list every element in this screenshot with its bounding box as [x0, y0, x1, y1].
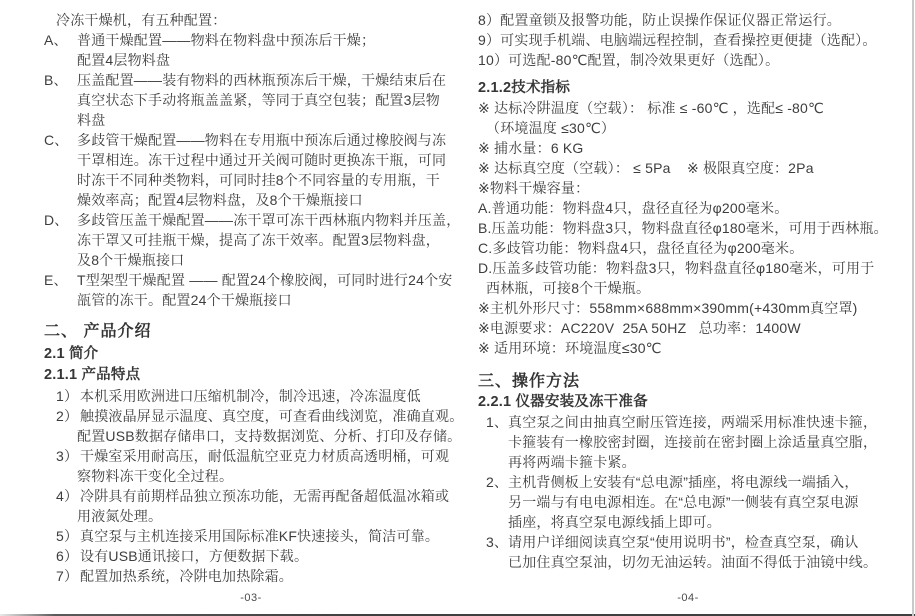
text-line: 及8个干燥瓶接口	[44, 250, 468, 270]
list-label: 2）	[56, 406, 80, 426]
line-text: 压盖配置——装有物料的西林瓶预冻后干燥，干燥结束后在	[77, 72, 446, 88]
line-text: 本机采用欧洲进口压缩机制冷，制冷迅速，冷冻温度低	[80, 388, 421, 404]
text-line: ※主机外形尺寸：558mm×688mm×390mm(+430mm真空罩)	[478, 298, 912, 318]
section-heading: 2.2.1 仪器安装及冻干准备	[478, 392, 912, 412]
text-line: 配置USB数据存储串口，支持数据浏览、分析、打印及存储。	[44, 426, 468, 446]
text-line: 1）本机采用欧洲进口压缩机制冷，制冷迅速，冷冻温度低	[44, 386, 468, 406]
text-line: 2、主机背侧板上安装有“总电源”插座，将电源线一端插入，	[478, 472, 912, 492]
text-line: 时冻干不同种类物料，可同时挂8个不同容量的专用瓶，干	[44, 170, 468, 190]
text-line: B.压盖功能：物料盘3只，物料盘直径φ180毫米，可用于西林瓶。	[478, 218, 912, 238]
text-line: 真空状态下手动将瓶盖盖紧，等同于真空包装；配置3层物	[44, 90, 468, 110]
page-left-column: 冷冻干燥机，有五种配置：A、普通干燥配置——物料在物料盘中预冻后干燥；配置4层物…	[44, 0, 468, 586]
text-line: 4）冷阱具有前期样品独立预冻功能，无需再配备超低温冰箱或	[44, 486, 468, 506]
section-heading: 二、 产品介绍	[44, 320, 468, 344]
list-label: 2、	[486, 472, 508, 492]
text-line: B、压盖配置——装有物料的西林瓶预冻后干燥，干燥结束后在	[44, 70, 468, 90]
text-line: 料盘	[44, 110, 468, 130]
text-line: 3）干燥室采用耐高压，耐低温航空亚克力材质高透明桶，可观	[44, 446, 468, 466]
text-line: 西林瓶，可接8个干燥瓶。	[478, 278, 912, 298]
text-line: 卡箍装有一橡胶密封圈，连接前在密封圈上涂适量真空脂，	[478, 432, 912, 452]
list-label: 6）	[56, 546, 80, 566]
text-line: 燥效率高；配置4层物料盘，及8个干燥瓶接口	[44, 190, 468, 210]
list-label: 1、	[486, 412, 508, 432]
text-line: 另一端与有电电源相连。在“总电源”一侧装有真空泵电源	[478, 492, 912, 512]
line-text: 多歧管压盖干燥配置——冻干罩可冻干西林瓶内物料并压盖，	[77, 212, 460, 228]
list-label: 3）	[56, 446, 80, 466]
text-line: A.普通功能：物料盘4只，盘径直径为φ200毫米。	[478, 198, 912, 218]
list-label: E、	[44, 270, 77, 290]
text-line: 8）配置童锁及报警功能，防止误操作保证仪器正常运行。	[478, 10, 912, 30]
section-heading: 三、操作方法	[478, 372, 912, 392]
list-label: B、	[44, 70, 77, 90]
line-text: 真空泵与主机连接采用国际标准KF快速接头，简洁可靠。	[80, 528, 439, 544]
text-line: 干罩相连。冻干过程中通过开关阀可随时更换冻干瓶，可同	[44, 150, 468, 170]
line-text: 冷阱具有前期样品独立预冻功能，无需再配备超低温冰箱或	[80, 488, 449, 504]
line-text: 配置加热系统，冷阱电加热除霜。	[80, 568, 293, 584]
text-line: 10）可选配-80℃配置，制冷效果更好（选配）。	[478, 50, 912, 70]
text-line: 察物料冻干变化全过程。	[44, 466, 468, 486]
text-line: 6）设有USB通讯接口，方便数据下载。	[44, 546, 468, 566]
page-right-column: 8）配置童锁及报警功能，防止误操作保证仪器正常运行。9）可实现手机端、电脑端远程…	[478, 0, 912, 572]
text-line: 1、真空泵之间由抽真空耐压管连接，两端采用标准快速卡箍，	[478, 412, 912, 432]
text-line: 5）真空泵与主机连接采用国际标准KF快速接头，简洁可靠。	[44, 526, 468, 546]
manual-page-spread: { "document": { "background": "#ffffff",…	[0, 0, 915, 616]
text-line: 冻干罩又可挂瓶干燥，提高了冻干效率。配置3层物料盘，	[44, 230, 468, 250]
section-heading: 2.1.2技术指标	[478, 78, 912, 98]
list-label: A、	[44, 30, 77, 50]
list-label: 3、	[486, 532, 508, 552]
text-line: ※ 达标冷阱温度（空载）： 标准 ≤ -60℃ ，选配≤ -80℃	[478, 98, 912, 118]
text-line: ※物料干燥容量：	[478, 178, 912, 198]
text-line: E、T型架型干燥配置 —— 配置24个橡胶阀，可同时进行24个安	[44, 270, 468, 290]
page-number-right: -04-	[478, 592, 898, 604]
text-line: 7）配置加热系统，冷阱电加热除霜。	[44, 566, 468, 586]
text-line: （环境温度 ≤30℃）	[478, 118, 912, 138]
line-text: 真空泵之间由抽真空耐压管连接，两端采用标准快速卡箍，	[508, 414, 877, 430]
text-line: ※ 适用环境：环境温度≤30℃	[478, 338, 912, 358]
line-text: 主机背侧板上安装有“总电源”插座，将电源线一端插入，	[508, 474, 859, 490]
page-number-left: -03-	[44, 592, 458, 604]
text-line: 再将两端卡箍卡紧。	[478, 452, 912, 472]
text-line: C、多歧管干燥配置——物料在专用瓶中预冻后通过橡胶阀与冻	[44, 130, 468, 150]
list-label: 7）	[56, 566, 80, 586]
list-label: D、	[44, 210, 77, 230]
text-line: ※ 捕水量：6 KG	[478, 138, 912, 158]
line-text: 干燥室采用耐高压，耐低温航空亚克力材质高透明桶，可观	[80, 448, 449, 464]
text-line: 2）触摸液晶屏显示温度、真空度，可查看曲线浏览，准确直观。	[44, 406, 468, 426]
text-line: D、多歧管压盖干燥配置——冻干罩可冻干西林瓶内物料并压盖，	[44, 210, 468, 230]
section-heading: 2.1 简介	[44, 344, 468, 365]
line-text: 触摸液晶屏显示温度、真空度，可查看曲线浏览，准确直观。	[80, 408, 463, 424]
list-label: 5）	[56, 526, 80, 546]
line-text: 设有USB通讯接口，方便数据下载。	[80, 548, 308, 564]
text-line: 冷冻干燥机，有五种配置：	[44, 10, 468, 30]
text-line: 插座，将真空泵电源线插上即可。	[478, 512, 912, 532]
text-line: 已加住真空泵油，切勿无油运转。油面不得低于油镜中线。	[478, 552, 912, 572]
list-label: C、	[44, 130, 77, 150]
text-line: 用液氮处理。	[44, 506, 468, 526]
line-text: T型架型干燥配置 —— 配置24个橡胶阀，可同时进行24个安	[77, 272, 452, 288]
line-text: 多歧管干燥配置——物料在专用瓶中预冻后通过橡胶阀与冻	[77, 132, 446, 148]
section-heading: 2.1.1 产品特点	[44, 365, 468, 386]
line-text: 请用户详细阅读真空泵“使用说明书”，检查真空泵，确认	[508, 534, 859, 550]
text-line: A、普通干燥配置——物料在物料盘中预冻后干燥；	[44, 30, 468, 50]
scan-right-edge-line	[912, 0, 914, 616]
text-line: 配置4层物料盘	[44, 50, 468, 70]
text-line: D.压盖多歧管功能：物料盘3只，物料盘直径φ180毫米，可用于	[478, 258, 912, 278]
list-label: 1）	[56, 386, 80, 406]
line-text: 普通干燥配置——物料在物料盘中预冻后干燥；	[77, 32, 375, 48]
text-line: C.多歧管功能：物料盘4只，盘径直径为φ200毫米。	[478, 238, 912, 258]
text-line: 3、请用户详细阅读真空泵“使用说明书”，检查真空泵，确认	[478, 532, 912, 552]
text-line: 瓿管的冻干。配置24个干燥瓶接口	[44, 290, 468, 310]
text-line: 9）可实现手机端、电脑端远程控制，查看操控更便捷（选配）。	[478, 30, 912, 50]
list-label: 4）	[56, 486, 80, 506]
text-line: ※电源要求：AC220V 25A 50HZ 总功率：1400W	[478, 318, 912, 338]
text-line: ※ 达标真空度（空载）： ≤ 5Pa ※ 极限真空度：2Pa	[478, 158, 912, 178]
